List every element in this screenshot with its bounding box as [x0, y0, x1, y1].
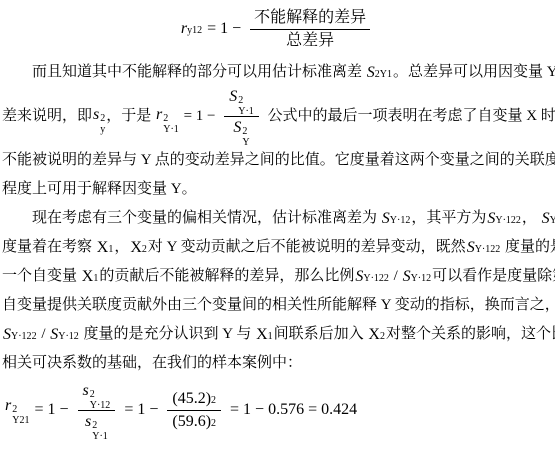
- text-run: 自变量提供关联度贡献外由三个变量间的相关性所能解释 Y 变动的指标，换而言之，比…: [2, 291, 555, 320]
- math-base: S: [3, 320, 11, 349]
- display-formula-top: ry12 = 1 − 不能解释的差异总差异: [2, 5, 553, 53]
- math-var: SY·12: [50, 320, 79, 349]
- fraction: 不能解释的差异总差异: [250, 8, 370, 51]
- math-var: S2Y: [233, 118, 249, 146]
- math-var: s2Y·1: [85, 412, 108, 440]
- subscript: 1: [268, 332, 273, 342]
- sup-sub-stack: 2y: [100, 113, 105, 135]
- math-var: SY·122: [355, 262, 389, 291]
- math-var: SY·12: [403, 262, 432, 291]
- math-var: SY·12: [382, 204, 411, 233]
- math-var: SY·122: [487, 204, 521, 233]
- text-run: 度量的是充分认识到 Y 与: [80, 320, 255, 349]
- subscript: Y·12: [475, 245, 496, 255]
- superscript: 2: [163, 113, 168, 124]
- text-run: 公式中的最后一项表明在考虑了自变量 X 时，Y 中仍然: [264, 102, 555, 131]
- math-var: (45.2)2: [172, 389, 216, 409]
- math-base: S: [382, 204, 390, 233]
- fraction: s2Y·12s2Y·1: [78, 381, 116, 440]
- text-run: = 1 − 0.576 = 0.424: [226, 401, 357, 419]
- superscript: 2: [384, 274, 389, 284]
- math-var: SY·122: [3, 320, 37, 349]
- superscript: 2: [495, 245, 500, 255]
- text-run: ，其平方为: [411, 204, 486, 233]
- text-run: = 1 −: [180, 102, 219, 131]
- superscript: 2: [90, 389, 95, 400]
- text-run: 。总差异可以用因变量 Y 的方: [393, 58, 555, 87]
- sup-sub-stack: 2Y·1: [163, 113, 179, 135]
- math-var: X2: [368, 320, 385, 349]
- subscript: Y·12: [390, 216, 411, 226]
- text-run: /: [38, 320, 50, 349]
- math-var: S2Y1: [367, 58, 392, 87]
- subscript: Y·1: [163, 124, 179, 135]
- math-var: S2Y·1: [229, 87, 254, 115]
- math-base: X: [82, 262, 94, 291]
- math-base: S: [229, 87, 237, 107]
- subscript: y1: [187, 26, 197, 36]
- text-run: ，于是: [106, 102, 155, 131]
- math-var: s2Y·12: [83, 381, 111, 409]
- text-line: 度量着在考察 X1，X2对 Y 变动贡献之后不能被说明的差异变动，既然SY·12…: [2, 233, 553, 262]
- subscript: Y·1: [238, 106, 254, 117]
- text-run: 度量的是排除第: [501, 233, 555, 262]
- text-run: 对整个关系的影响，这个比例是偏: [386, 320, 555, 349]
- math-var: ry12: [181, 20, 202, 38]
- text-run: 度量着在考察: [2, 233, 96, 262]
- subscript: Y21: [12, 415, 29, 426]
- math-var: (59.6)2: [172, 412, 216, 432]
- text-line: 而且知道其中不能解释的部分可以用估计标准离差 S2Y1。总差异可以用因变量 Y …: [2, 58, 553, 87]
- math-base: S: [233, 118, 241, 138]
- sup-sub-stack: 2Y·1: [92, 420, 108, 442]
- sup-sub-stack: 2Y: [242, 126, 249, 148]
- superscript: 2: [92, 420, 97, 431]
- math-var: s2y: [93, 100, 105, 133]
- fraction-numerator: (45.2)2: [167, 389, 221, 411]
- text-run: = 1 −: [203, 20, 245, 38]
- text-line: 相关可决系数的基础，在我们的样本案例中：: [2, 349, 553, 378]
- fraction-denominator: 总差异: [282, 30, 338, 51]
- text-run: 现在考虑有三个变量的偏相关情况，估计标准离差为: [32, 204, 381, 233]
- superscript: 2: [211, 396, 216, 406]
- text-line: 自变量提供关联度贡献外由三个变量间的相关性所能解释 Y 变动的指标，换而言之，比…: [2, 291, 553, 320]
- math-var: X1: [97, 233, 114, 262]
- fraction-numerator: S2Y·1: [224, 87, 259, 117]
- math-base: S: [50, 320, 58, 349]
- math-var: X1: [256, 320, 273, 349]
- text-run: 不能解释的差异: [254, 8, 366, 28]
- text-run: ，: [114, 233, 129, 262]
- subscript: y: [100, 124, 105, 135]
- text-line: 差来说明，即s2y，于是 r2Y·1 = 1 − S2Y·1S2Y 公式中的最后…: [2, 87, 553, 146]
- text-line: SY·122 / SY·12 度量的是充分认识到 Y 与 X1间联系后加入 X2…: [2, 320, 553, 349]
- text-run: 对 Y 变动贡献之后不能被说明的差异变动，既然: [148, 233, 466, 262]
- subscript: 1: [93, 274, 98, 284]
- paragraph: 现在考虑有三个变量的偏相关情况，估计标准离差为 SY·12，其平方为SY·122…: [2, 204, 553, 378]
- math-base: S: [487, 204, 495, 233]
- text-run: 不能被说明的差异与 Y 点的变动差异之间的比值。它度量着这两个变量之间的关联度在…: [2, 146, 555, 175]
- text-line: 现在考虑有三个变量的偏相关情况，估计标准离差为 SY·12，其平方为SY·122…: [2, 204, 553, 233]
- text-run: 程度上可用于解释因变量 Y。: [2, 175, 197, 204]
- subscript: Y·12: [90, 400, 111, 411]
- subscript: 2: [380, 332, 385, 342]
- math-base: s: [83, 381, 89, 401]
- subscript: 2: [142, 245, 147, 255]
- subscript: Y·12: [550, 216, 555, 226]
- subscript: Y: [242, 137, 249, 148]
- text-run: ，: [522, 204, 541, 233]
- superscript: 2: [211, 419, 216, 429]
- sup-sub-stack: 2Y·12: [90, 389, 111, 411]
- text-run: 间联系后加入: [274, 320, 368, 349]
- text-line: 程度上可用于解释因变量 Y。: [2, 175, 553, 204]
- superscript: 2: [426, 274, 431, 284]
- sup-sub-stack: 2Y21: [12, 404, 29, 426]
- superscript: 2: [197, 26, 202, 36]
- fraction-denominator: s2Y·1: [80, 411, 113, 440]
- subscript: Y1: [380, 70, 392, 80]
- math-base: S: [542, 204, 550, 233]
- fraction-denominator: (59.6)2: [167, 411, 221, 432]
- math-var: r2Y·1: [156, 100, 179, 133]
- math-base: s: [85, 412, 91, 432]
- text-line: 不能被说明的差异与 Y 点的变动差异之间的比值。它度量着这两个变量之间的关联度在…: [2, 146, 553, 175]
- superscript: 2: [32, 332, 37, 342]
- math-base: (59.6): [172, 412, 211, 432]
- math-base: r: [5, 397, 11, 415]
- subscript: Y·1: [58, 332, 74, 342]
- superscript: 2: [242, 126, 247, 137]
- display-formula-bottom: r2Y21 = 1 − s2Y·12s2Y·1 = 1 − (45.2)2(59…: [2, 381, 553, 440]
- math-base: (45.2): [172, 389, 211, 409]
- fraction: (45.2)2(59.6)2: [167, 389, 221, 432]
- math-var: X1: [82, 262, 99, 291]
- subscript: Y·1: [92, 431, 108, 442]
- text-run: 可以看作是度量除第一个: [432, 262, 555, 291]
- text-run: 相关可决系数的基础，在我们的样本案例中：: [2, 349, 302, 378]
- fraction-denominator: S2Y: [228, 117, 254, 146]
- superscript: 2: [74, 332, 79, 342]
- text-run: = 1 −: [30, 401, 72, 419]
- math-var: SY·12: [542, 204, 555, 233]
- sup-sub-stack: 2Y·1: [238, 95, 254, 117]
- subscript: Y·12: [11, 332, 32, 342]
- subscript: 1: [108, 245, 113, 255]
- subscript: Y·1: [411, 274, 427, 284]
- math-var: SY·122: [467, 233, 501, 262]
- fraction-numerator: 不能解释的差异: [250, 8, 370, 30]
- math-base: X: [368, 320, 380, 349]
- math-base: S: [367, 58, 375, 87]
- text-run: 一个自变量: [2, 262, 81, 291]
- text-run: 差来说明，即: [2, 102, 92, 131]
- document-page: ry12 = 1 − 不能解释的差异总差异 而且知道其中不能解释的部分可以用估计…: [0, 0, 555, 459]
- paragraph: 而且知道其中不能解释的部分可以用估计标准离差 S2Y1。总差异可以用因变量 Y …: [2, 58, 553, 204]
- math-base: X: [130, 233, 142, 262]
- text-run: 而且知道其中不能解释的部分可以用估计标准离差: [32, 58, 366, 87]
- document-body: 而且知道其中不能解释的部分可以用估计标准离差 S2Y1。总差异可以用因变量 Y …: [2, 58, 553, 378]
- math-base: s: [93, 100, 99, 129]
- math-var: X2: [130, 233, 147, 262]
- text-line: 一个自变量 X1的贡献后不能被解释的差异，那么比例SY·122 / SY·12可…: [2, 262, 553, 291]
- text-run: 的贡献后不能被解释的差异，那么比例: [99, 262, 354, 291]
- text-run: 总差异: [286, 31, 334, 51]
- fraction-numerator: s2Y·12: [78, 381, 116, 411]
- superscript: 2: [516, 216, 521, 226]
- text-run: = 1 −: [120, 401, 162, 419]
- math-base: S: [403, 262, 411, 291]
- math-base: X: [97, 233, 109, 262]
- subscript: Y·12: [363, 274, 384, 284]
- superscript: 2: [238, 95, 243, 106]
- superscript: 2: [100, 113, 105, 124]
- fraction: S2Y·1S2Y: [224, 87, 259, 146]
- math-base: r: [156, 100, 162, 129]
- math-base: X: [256, 320, 268, 349]
- math-base: S: [355, 262, 363, 291]
- math-base: S: [467, 233, 475, 262]
- superscript: 2: [12, 404, 17, 415]
- math-var: r2Y21: [5, 397, 29, 424]
- subscript: Y·12: [495, 216, 516, 226]
- text-run: /: [390, 262, 402, 291]
